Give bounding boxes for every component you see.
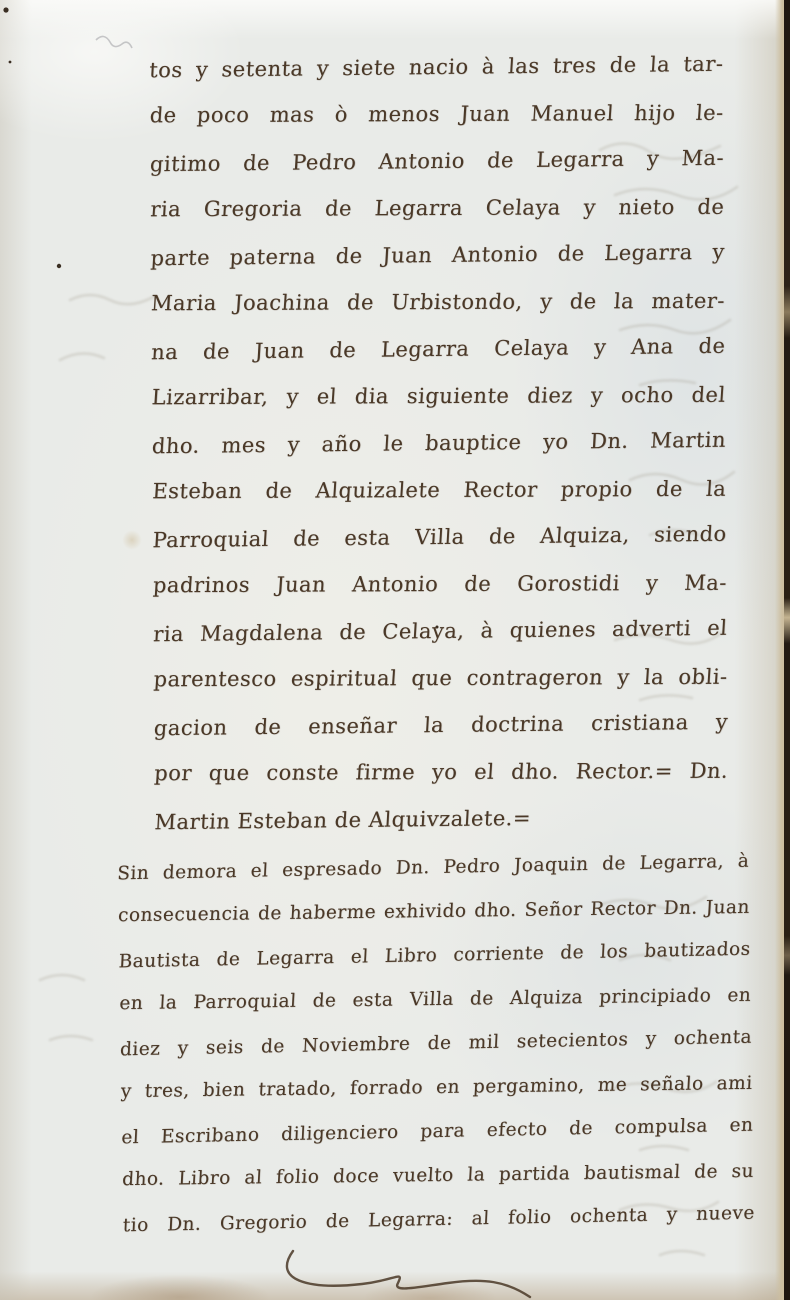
manuscript-line: ria Gregoria de Legarra Celaya y nieto d…: [149, 184, 726, 234]
manuscript-line: parentesco espiritual que contrageron y …: [152, 654, 729, 704]
manuscript-line: na de Juan de Legarra Celaya y Ana de: [150, 323, 727, 377]
manuscript-line: Esteban de Alquizalete Rector propio de …: [151, 466, 728, 516]
manuscript-line: Parroquial de esta Villa de Alquiza, sie…: [151, 511, 728, 565]
scribal-flourish-icon: [287, 1251, 530, 1297]
manuscript-page: tos y setenta y siete nacio à las tres d…: [0, 0, 790, 1300]
manuscript-line: Lizarribar, y el dia siguiente diez y oc…: [150, 372, 727, 422]
baptism-entry-paragraph: tos y setenta y siete nacio à las tres d…: [149, 42, 729, 845]
manuscript-line: de poco mas ò menos Juan Manuel hijo le-: [148, 90, 725, 140]
manuscript-line: dho. mes y año le bauptice yo Dn. Martin: [151, 417, 728, 471]
manuscript-line: gitimo de Pedro Antonio de Legarra y Ma-: [149, 135, 726, 189]
manuscript-line: por que conste firme yo el dho. Rector.=…: [153, 748, 730, 798]
manuscript-line: padrinos Juan Antonio de Gorostidi y Ma-: [151, 560, 728, 610]
manuscript-line: Maria Joachina de Urbistondo, y de la ma…: [150, 278, 727, 328]
page-binding-edge: [784, 0, 790, 1300]
page-deckle-edge: [775, 0, 784, 1300]
manuscript-line: tos y setenta y siete nacio à las tres d…: [148, 41, 725, 95]
manuscript-line: gacion de enseñar la doctrina cristiana …: [153, 699, 730, 753]
manuscript-line: ria Magdalena de Celaya, à quienes adver…: [152, 605, 729, 659]
manuscript-line: parte paterna de Juan Antonio de Legarra…: [149, 229, 726, 283]
pencil-mark: [96, 36, 132, 48]
notary-diligence-paragraph: Sin demora el espresado Dn. Pedro Joaqui…: [117, 841, 755, 1247]
manuscript-line: Martin Esteban de Alquivzalete.=: [153, 793, 730, 847]
